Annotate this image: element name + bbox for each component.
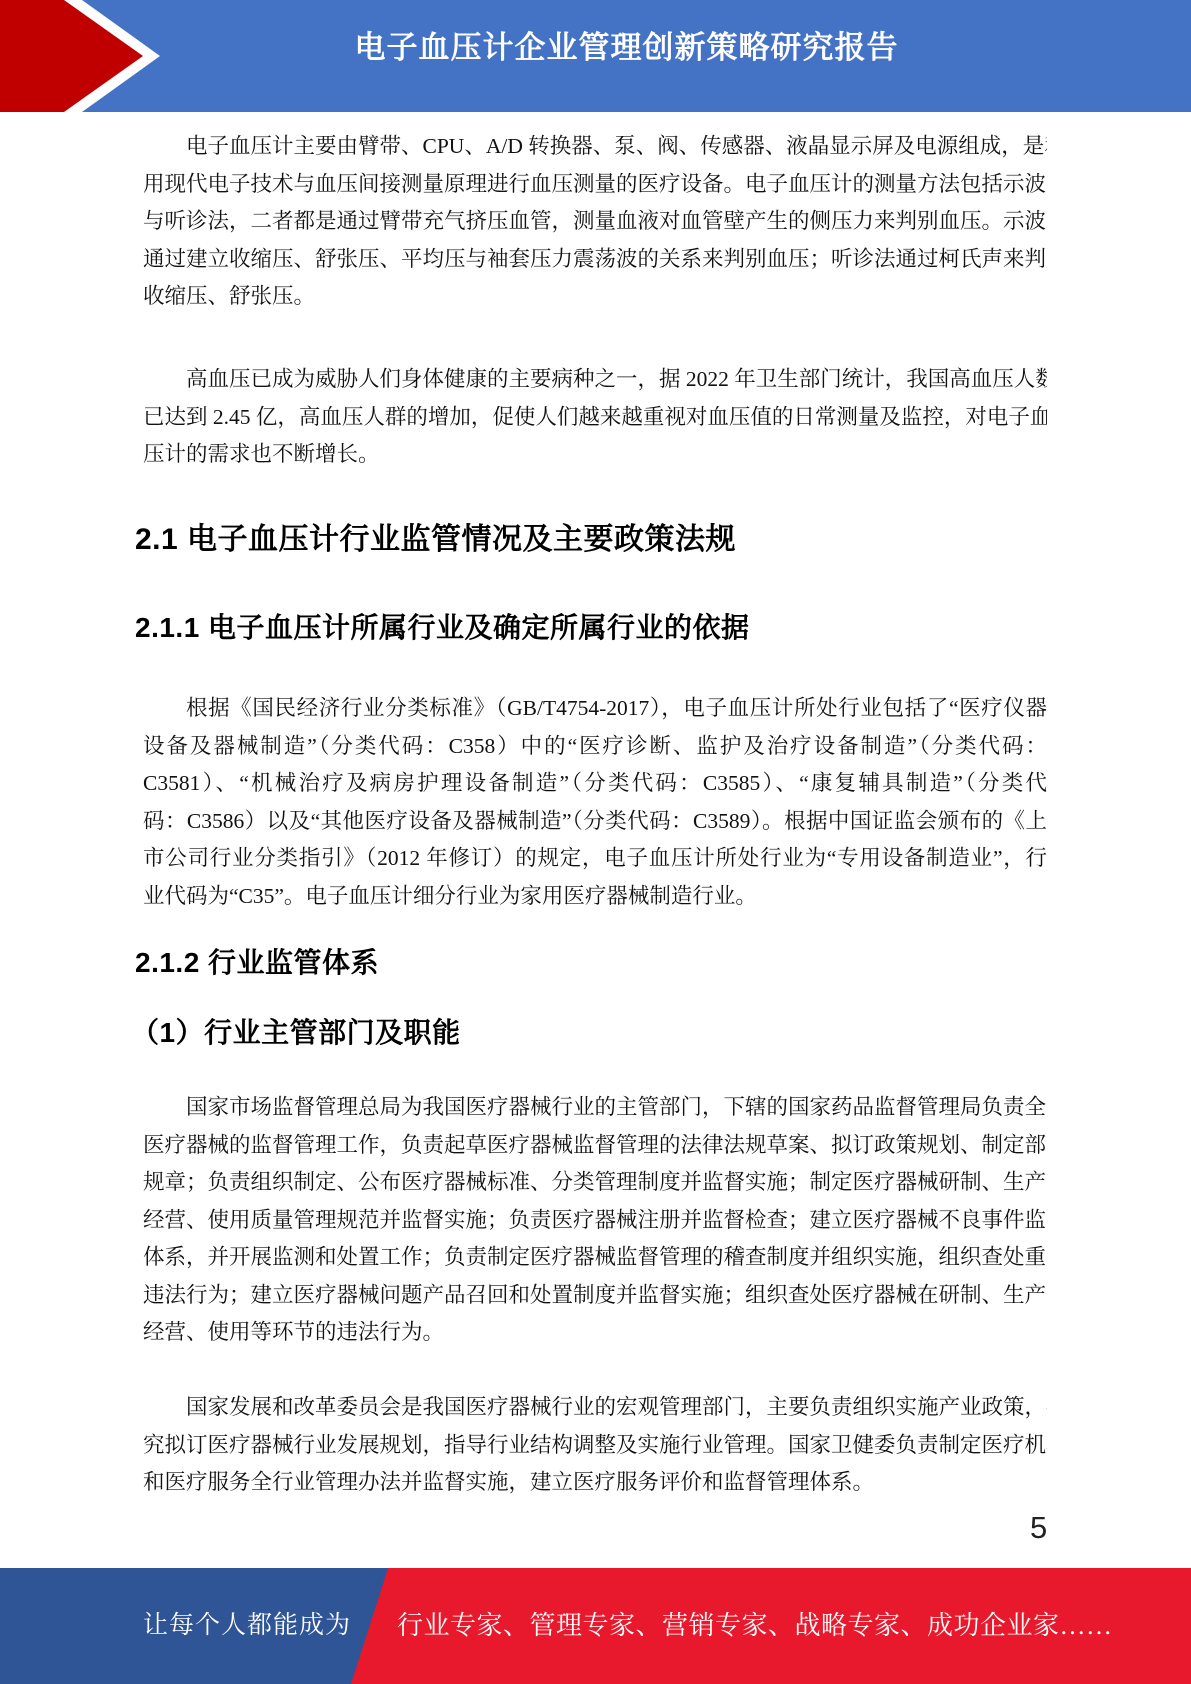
- section-heading-2-1-1: 2.1.1 电子血压计所属行业及确定所属行业的依据: [135, 606, 750, 646]
- body-line: 收缩压、舒张压。: [143, 278, 1047, 316]
- footer-slogan-left: 让每个人都能成为: [143, 1568, 351, 1684]
- body-line: 经营、使用等环节的违法行为。: [143, 1314, 1047, 1352]
- body-line: 国家市场监督管理总局为我国医疗器械行业的主管部门，下辖的国家药品监督管理局负责全…: [143, 1089, 1047, 1127]
- body-line: 市公司行业分类指引》（2012 年修订）的规定，电子血压计所处行业为“专用设备制…: [143, 840, 1047, 878]
- body-line: 已达到 2.45 亿，高血压人群的增加，促使人们越来越重视对血压值的日常测量及监…: [143, 399, 1047, 437]
- body-line: 压计的需求也不断增长。: [143, 436, 1047, 474]
- page-number: 5: [1030, 1510, 1047, 1546]
- body-line: 用现代电子技术与血压间接测量原理进行血压测量的医疗设备。电子血压计的测量方法包括…: [143, 166, 1047, 204]
- body-line: 究拟订医疗器械行业发展规划，指导行业结构调整及实施行业管理。国家卫健委负责制定医…: [143, 1427, 1047, 1465]
- body-line: 规章；负责组织制定、公布医疗器械标准、分类管理制度并监督实施；制定医疗器械研制、…: [143, 1164, 1047, 1202]
- body-line: 业代码为“C35”。电子血压计细分行业为家用医疗器械制造行业。: [143, 878, 1047, 916]
- footer-slogan-right: 行业专家、管理专家、营销专家、战略专家、成功企业家……: [397, 1568, 1113, 1684]
- body-line: 和医疗服务全行业管理办法并监督实施，建立医疗服务评价和监督管理体系。: [143, 1464, 1047, 1502]
- body-line: 与听诊法，二者都是通过臂带充气挤压血管，测量血液对血管壁产生的侧压力来判别血压。…: [143, 203, 1047, 241]
- body-line: C3581）、“机械治疗及病房护理设备制造”（分类代码：C3585）、“康复辅具…: [143, 765, 1047, 803]
- body-line: 通过建立收缩压、舒张压、平均压与袖套压力震荡波的关系来判别血压；听诊法通过柯氏声…: [143, 241, 1047, 279]
- body-line: 经营、使用质量管理规范并监督实施；负责医疗器械注册并监督检查；建立医疗器械不良事…: [143, 1202, 1047, 1240]
- body-line: 体系，并开展监测和处置工作；负责制定医疗器械监督管理的稽查制度并组织实施，组织查…: [143, 1239, 1047, 1277]
- body-line: 码：C3586）以及“其他医疗设备及器械制造”（分类代码：C3589）。根据中国…: [143, 803, 1047, 841]
- body-line: 国家发展和改革委员会是我国医疗器械行业的宏观管理部门，主要负责组织实施产业政策，…: [143, 1389, 1047, 1427]
- body-line: 高血压已成为威胁人们身体健康的主要病种之一，据 2022 年卫生部门统计，我国高…: [143, 361, 1047, 399]
- section-heading-2-1-2: 2.1.2 行业监管体系: [135, 941, 379, 981]
- report-page: 电子血压计企业管理创新策略研究报告 电子血压计主要由臂带、CPU、A/D 转换器…: [0, 0, 1191, 1684]
- paragraph: 高血压已成为威胁人们身体健康的主要病种之一，据 2022 年卫生部门统计，我国高…: [143, 361, 1047, 474]
- sub-heading-1: （1）行业主管部门及职能: [131, 1011, 461, 1051]
- paragraph: 国家市场监督管理总局为我国医疗器械行业的主管部门，下辖的国家药品监督管理局负责全…: [143, 1089, 1047, 1352]
- body-line: 设备及器械制造”（分类代码：C358）中的“医疗诊断、监护及治疗设备制造”（分类…: [143, 728, 1047, 766]
- paragraph: 电子血压计主要由臂带、CPU、A/D 转换器、泵、阀、传感器、液晶显示屏及电源组…: [143, 128, 1047, 316]
- body-line: 违法行为；建立医疗器械问题产品召回和处置制度并监督实施；组织查处医疗器械在研制、…: [143, 1277, 1047, 1315]
- body-line: 根据《国民经济行业分类标准》（GB/T4754-2017），电子血压计所处行业包…: [143, 690, 1047, 728]
- report-title: 电子血压计企业管理创新策略研究报告: [0, 0, 1191, 112]
- footer-banner: 让每个人都能成为 行业专家、管理专家、营销专家、战略专家、成功企业家……: [0, 1568, 1191, 1684]
- body-line: 医疗器械的监督管理工作，负责起草医疗器械监督管理的法律法规草案、拟订政策规划、制…: [143, 1127, 1047, 1165]
- section-heading-2-1: 2.1 电子血压计行业监管情况及主要政策法规: [135, 514, 736, 558]
- paragraph: 国家发展和改革委员会是我国医疗器械行业的宏观管理部门，主要负责组织实施产业政策，…: [143, 1389, 1047, 1502]
- header-banner: 电子血压计企业管理创新策略研究报告: [0, 0, 1191, 112]
- paragraph: 根据《国民经济行业分类标准》（GB/T4754-2017），电子血压计所处行业包…: [143, 690, 1047, 915]
- body-line: 电子血压计主要由臂带、CPU、A/D 转换器、泵、阀、传感器、液晶显示屏及电源组…: [143, 128, 1047, 166]
